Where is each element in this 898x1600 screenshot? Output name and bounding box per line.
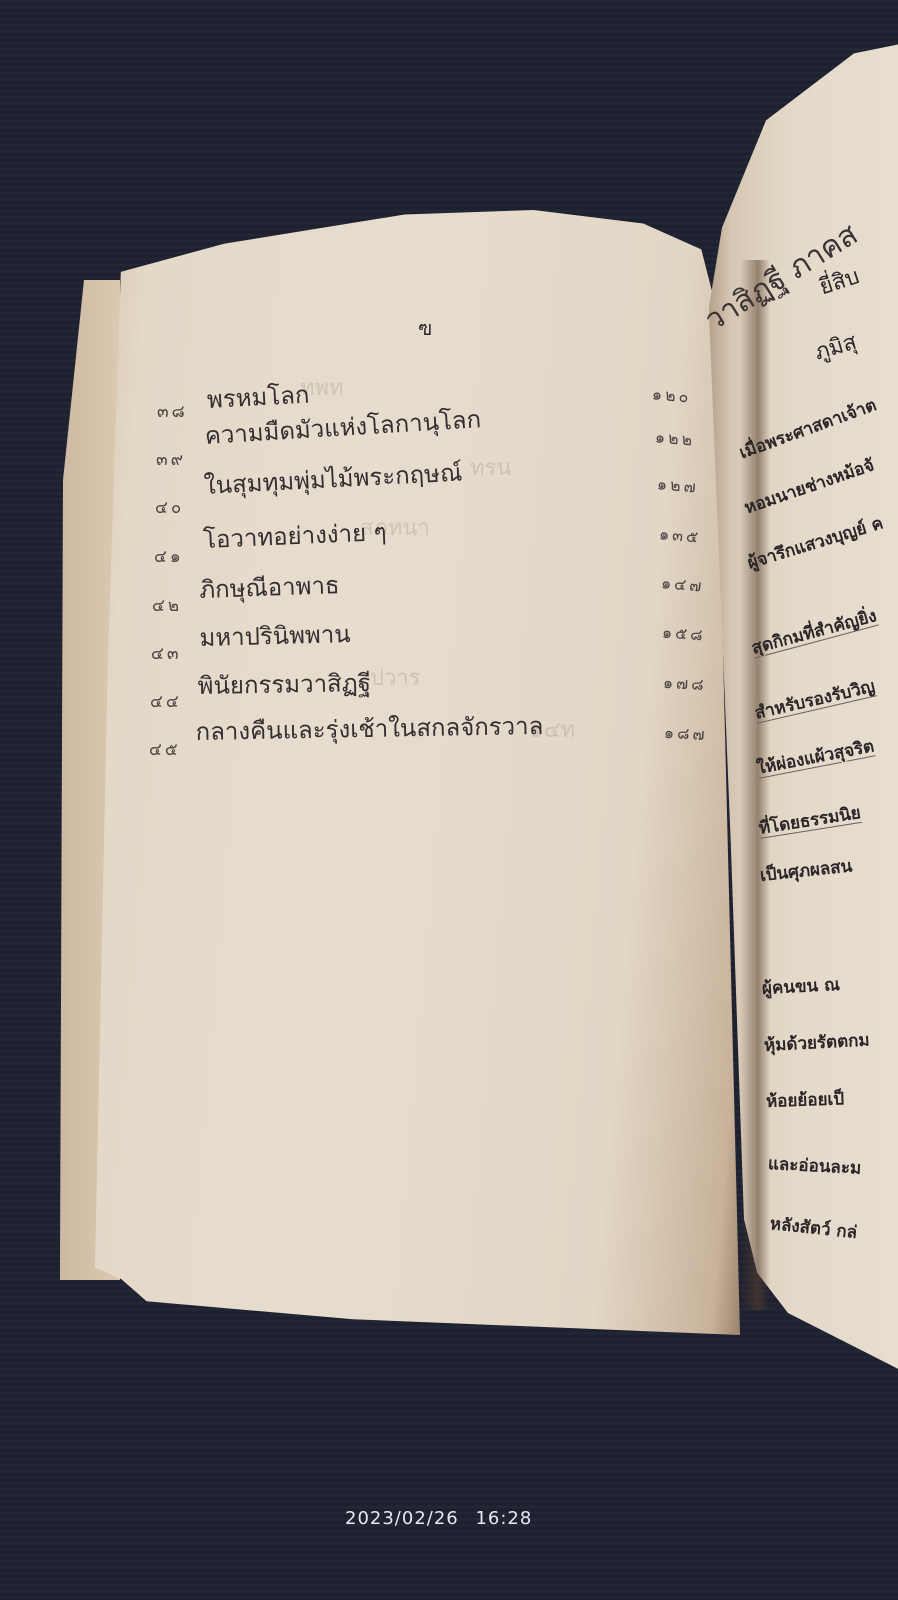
toc-page-number: ๑๒๒ [654, 425, 696, 453]
book-gutter-shadow [740, 260, 770, 1310]
pencil-mark: ทรน [470, 450, 511, 485]
toc-chapter-number: ๔๑ [154, 543, 184, 570]
toc-chapter-title: มหาปรินิพพาน [199, 614, 351, 657]
toc-page-number: ๑๘๗ [663, 721, 708, 748]
toc-chapter-number: ๔๒ [152, 592, 182, 619]
toc-page-number: ๑๗๘ [662, 671, 707, 698]
toc-chapter-title: ภิกษุณีอาพาธ [199, 565, 341, 609]
toc-chapter-title: โอวาทอย่างง่าย ๆ [202, 512, 387, 559]
right-page-line: ห้อยย้อยเป็ [766, 1085, 845, 1115]
toc-chapter-number: ๔๓ [151, 640, 182, 667]
right-page-line: ผู้คนขน ณ [761, 971, 840, 1002]
toc-page-number: ๑๒๗ [656, 472, 700, 501]
toc-chapter-title: กลางคืนและรุ่งเช้าในสกลจักรวาล [195, 706, 543, 751]
toc-chapter-number: ๓๙ [156, 446, 186, 473]
photo-scene: ฃ ทพท ทรน สภทนา ปวาร ๑๔ท ๓๘ พรหมโลก ๑๒๐ … [0, 0, 898, 1600]
right-page-line: หุ้มด้วยรัตตกม [763, 1026, 870, 1058]
toc-chapter-number: ๓๘ [157, 398, 188, 425]
toc-chapter-number: ๔๐ [155, 494, 184, 521]
toc-chapter-number: ๔๕ [149, 736, 181, 763]
left-page [95, 210, 740, 1335]
right-page-line: และอ่อนละม [767, 1150, 862, 1182]
toc-page-number: ๑๓๕ [658, 522, 702, 551]
photo-timestamp: 2023/02/26 16:28 [345, 1508, 532, 1529]
toc-page-number: ๑๕๘ [661, 621, 706, 649]
pencil-mark: ปวาร [370, 660, 421, 695]
toc-page-number: ๑๔๗ [660, 571, 705, 600]
toc-chapter-title: พินัยกรรมวาสิฏฐี [197, 663, 371, 705]
toc-page-number: ๑๒๐ [651, 382, 692, 410]
toc-chapter-number: ๔๔ [150, 688, 182, 715]
page-header-mark: ฃ [418, 312, 432, 344]
